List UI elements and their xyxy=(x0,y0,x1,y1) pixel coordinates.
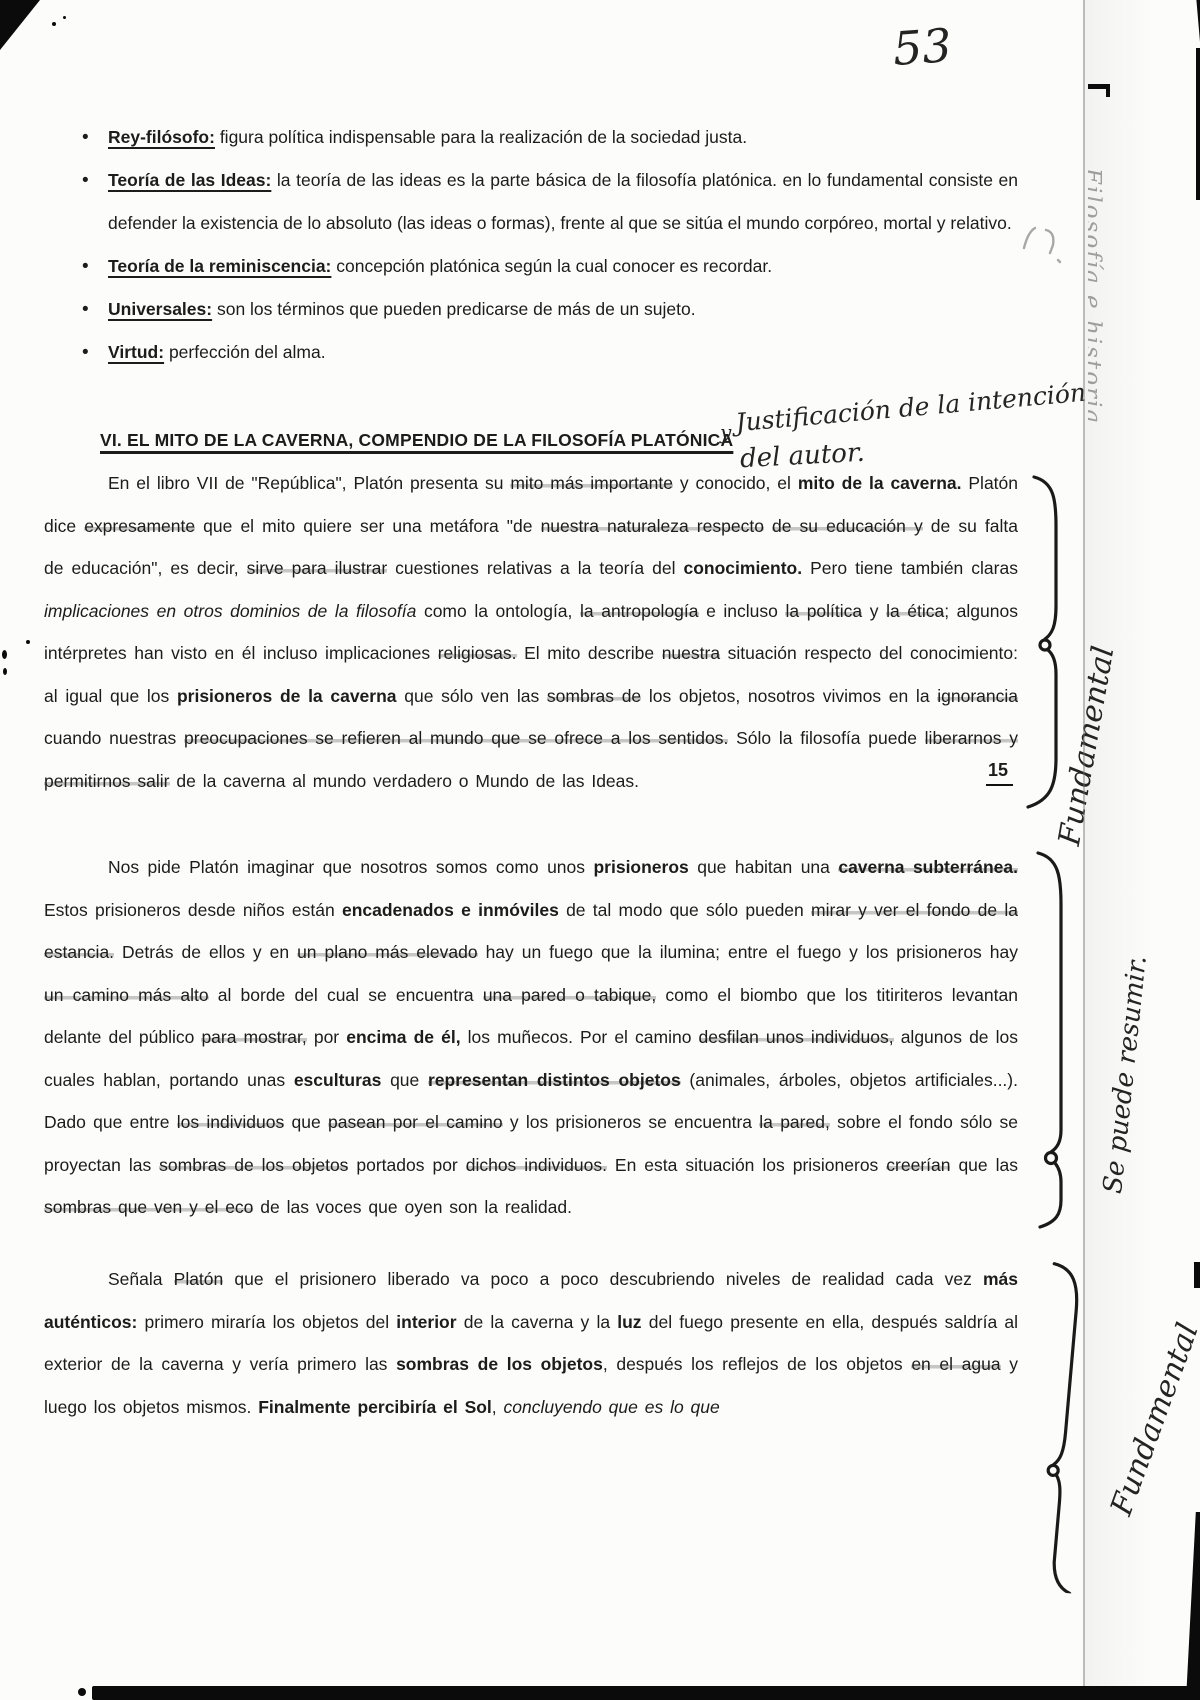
text-segment: de las voces que oyen son la realidad. xyxy=(253,1197,572,1217)
text-segment: un plano más elevado xyxy=(297,942,478,962)
paragraph-cave-description: Nos pide Platón imaginar que nosotros so… xyxy=(44,846,1018,1229)
glossary-item: Virtud: perfección del alma. xyxy=(46,331,1018,374)
text-segment: en el agua xyxy=(911,1354,1000,1374)
text-segment: conocimiento. xyxy=(683,558,802,578)
page-fold-line xyxy=(1083,0,1085,1700)
text-segment: una pared o tabique, xyxy=(483,985,656,1005)
text-segment: los objetos, nosotros vivimos en la xyxy=(641,686,937,706)
text-segment: los individuos xyxy=(177,1112,284,1132)
text-segment: Platón xyxy=(174,1269,224,1289)
text-segment: e incluso xyxy=(699,601,786,621)
text-segment: nuestra xyxy=(662,643,720,663)
text-segment: ignorancia xyxy=(937,686,1018,706)
stray-pencil-mark xyxy=(1020,220,1064,270)
section-heading: VI. EL MITO DE LA CAVERNA, COMPENDIO DE … xyxy=(100,430,733,451)
paragraph-freed-prisoner: Señala Platón que el prisionero liberado… xyxy=(44,1258,1018,1428)
margin-page-ref: 15 xyxy=(986,760,1013,786)
text-segment: , después los reflejos de los objetos xyxy=(603,1354,911,1374)
text-segment: que habitan una xyxy=(689,857,839,877)
text-segment: religiosas. xyxy=(438,643,517,663)
text-segment: de tal modo que sólo pueden xyxy=(559,900,811,920)
text-segment: creerían xyxy=(886,1155,950,1175)
text-segment: que xyxy=(381,1070,428,1090)
text-segment: esculturas xyxy=(294,1070,382,1090)
glossary-definition: concepción platónica según la cual conoc… xyxy=(331,256,772,276)
text-segment: primero miraría los objetos del xyxy=(137,1312,396,1332)
glossary-list: Rey-filósofo: figura política indispensa… xyxy=(46,116,1018,374)
text-segment: cuando nuestras xyxy=(44,728,184,748)
text-segment: como la ontología, xyxy=(416,601,580,621)
text-segment: preocupaciones se refieren al mundo que … xyxy=(184,728,728,748)
text-segment: desfilan unos individuos, xyxy=(699,1027,894,1047)
glossary-term: Teoría de las Ideas: xyxy=(108,170,271,190)
text-segment: de su educación y xyxy=(772,516,923,536)
glossary-item: Universales: son los términos que pueden… xyxy=(46,288,1018,331)
glossary-term: Teoría de la reminiscencia: xyxy=(108,256,331,276)
text-segment: expresamente xyxy=(84,516,195,536)
text-segment: pasean por el camino xyxy=(328,1112,503,1132)
text-segment: sombras que ven y el eco xyxy=(44,1197,253,1217)
text-segment: Sólo la filosofía puede xyxy=(728,728,924,748)
text-segment: sombras de los objetos xyxy=(159,1155,348,1175)
margin-brace-icon xyxy=(1028,850,1084,1230)
text-segment: representan distintos objetos xyxy=(428,1070,681,1090)
text-segment: hay un fuego que la ilumina; entre el fu… xyxy=(478,942,1018,962)
glossary-term: Virtud: xyxy=(108,342,164,362)
text-segment: cuestiones relativas a la teoría del xyxy=(387,558,683,578)
text-segment: y xyxy=(862,601,886,621)
text-segment: interior xyxy=(396,1312,456,1332)
handwritten-annotation-line1: Justificación de la intención xyxy=(734,378,1087,438)
scan-artifact-bottom-bar xyxy=(92,1686,1200,1700)
glossary-item: Teoría de la reminiscencia: concepción p… xyxy=(46,245,1018,288)
text-segment: sombras de xyxy=(547,686,641,706)
text-segment: Estos prisioneros desde niños están xyxy=(44,900,342,920)
text-segment: nuestra naturaleza respecto xyxy=(541,516,764,536)
text-segment: encadenados e inmóviles xyxy=(342,900,559,920)
glossary-term: Universales: xyxy=(108,299,212,319)
scan-speck xyxy=(2,650,7,659)
text-segment: por xyxy=(307,1027,346,1047)
text-segment: que xyxy=(284,1112,328,1132)
text-segment: concluyendo que es lo que xyxy=(504,1397,720,1417)
scan-artifact-edge xyxy=(1194,1262,1200,1288)
text-segment: que el prisionero liberado va poco a poc… xyxy=(223,1269,983,1289)
scan-speck xyxy=(63,16,66,19)
page-fold-shading xyxy=(1085,0,1200,1700)
text-segment: y los prisioneros se encuentra xyxy=(503,1112,760,1132)
text-segment: que el mito quiere ser una metáfora "de xyxy=(195,516,540,536)
glossary-definition: son los términos que pueden predicarse d… xyxy=(212,299,696,319)
text-segment: para mostrar, xyxy=(201,1027,306,1047)
text-segment: Nos pide Platón imaginar que nosotros so… xyxy=(108,857,593,877)
glossary-item: Teoría de las Ideas: la teoría de las id… xyxy=(46,159,1018,245)
text-segment: mito más importante xyxy=(510,473,673,493)
paragraph-cave-myth-intro: En el libro VII de "República", Platón p… xyxy=(44,462,1018,802)
text-segment: luz xyxy=(617,1312,641,1332)
text-segment: sirve para ilustrar xyxy=(247,558,388,578)
text-segment: Finalmente percibiría el Sol xyxy=(258,1397,492,1417)
text-segment: un camino más alto xyxy=(44,985,209,1005)
scan-speck xyxy=(78,1688,86,1696)
text-segment: En el libro VII de "República", Platón p… xyxy=(108,473,510,493)
glossary-item: Rey-filósofo: figura política indispensa… xyxy=(46,116,1018,159)
scan-speck xyxy=(3,668,7,675)
scan-artifact-angle-mark xyxy=(1088,84,1110,97)
text-segment: sombras de los objetos xyxy=(396,1354,603,1374)
handwritten-insertion-mark: y xyxy=(720,420,731,444)
text-segment: Pero tiene también claras xyxy=(802,558,1018,578)
text-segment: que las xyxy=(950,1155,1018,1175)
text-segment: los muñecos. Por el camino xyxy=(461,1027,699,1047)
text-segment: al borde del cual se encuentra xyxy=(209,985,483,1005)
glossary-definition: figura política indispensable para la re… xyxy=(215,127,747,147)
text-segment: mito de la caverna. xyxy=(798,473,962,493)
scan-artifact-edge xyxy=(1196,48,1200,200)
text-segment: la antropología xyxy=(580,601,699,621)
text-segment: Señala xyxy=(108,1269,174,1289)
glossary-term: Rey-filósofo: xyxy=(108,127,215,147)
text-segment: que sólo ven las xyxy=(397,686,547,706)
text-segment: , xyxy=(492,1397,504,1417)
scan-artifact-corner-top-left xyxy=(0,0,40,50)
text-segment: prisioneros xyxy=(593,857,688,877)
text-segment: dichos individuos. xyxy=(466,1155,607,1175)
scan-speck xyxy=(52,22,56,26)
text-segment: la pared, xyxy=(759,1112,830,1132)
text-segment: la ética xyxy=(886,601,944,621)
glossary-definition: perfección del alma. xyxy=(164,342,325,362)
text-segment: implicaciones en otros dominios de la fi… xyxy=(44,601,416,621)
text-segment: prisioneros de la caverna xyxy=(177,686,397,706)
text-segment: En esta situación los prisioneros xyxy=(607,1155,886,1175)
text-segment: caverna subterránea. xyxy=(838,857,1018,877)
scan-speck xyxy=(26,640,30,644)
text-segment: encima de él, xyxy=(346,1027,460,1047)
text-segment xyxy=(764,516,772,536)
text-segment: Detrás de ellos y en xyxy=(114,942,297,962)
text-segment: la política xyxy=(785,601,862,621)
text-segment: de la caverna y la xyxy=(457,1312,618,1332)
scanned-page: 53 Rey-filósofo: figura política indispe… xyxy=(0,0,1200,1700)
handwritten-page-number: 53 xyxy=(891,18,953,76)
text-segment: portados por xyxy=(348,1155,465,1175)
text-segment: El mito describe xyxy=(517,643,662,663)
text-segment: de la caverna al mundo verdadero o Mundo… xyxy=(170,771,640,791)
text-segment: y conocido, el xyxy=(673,473,798,493)
